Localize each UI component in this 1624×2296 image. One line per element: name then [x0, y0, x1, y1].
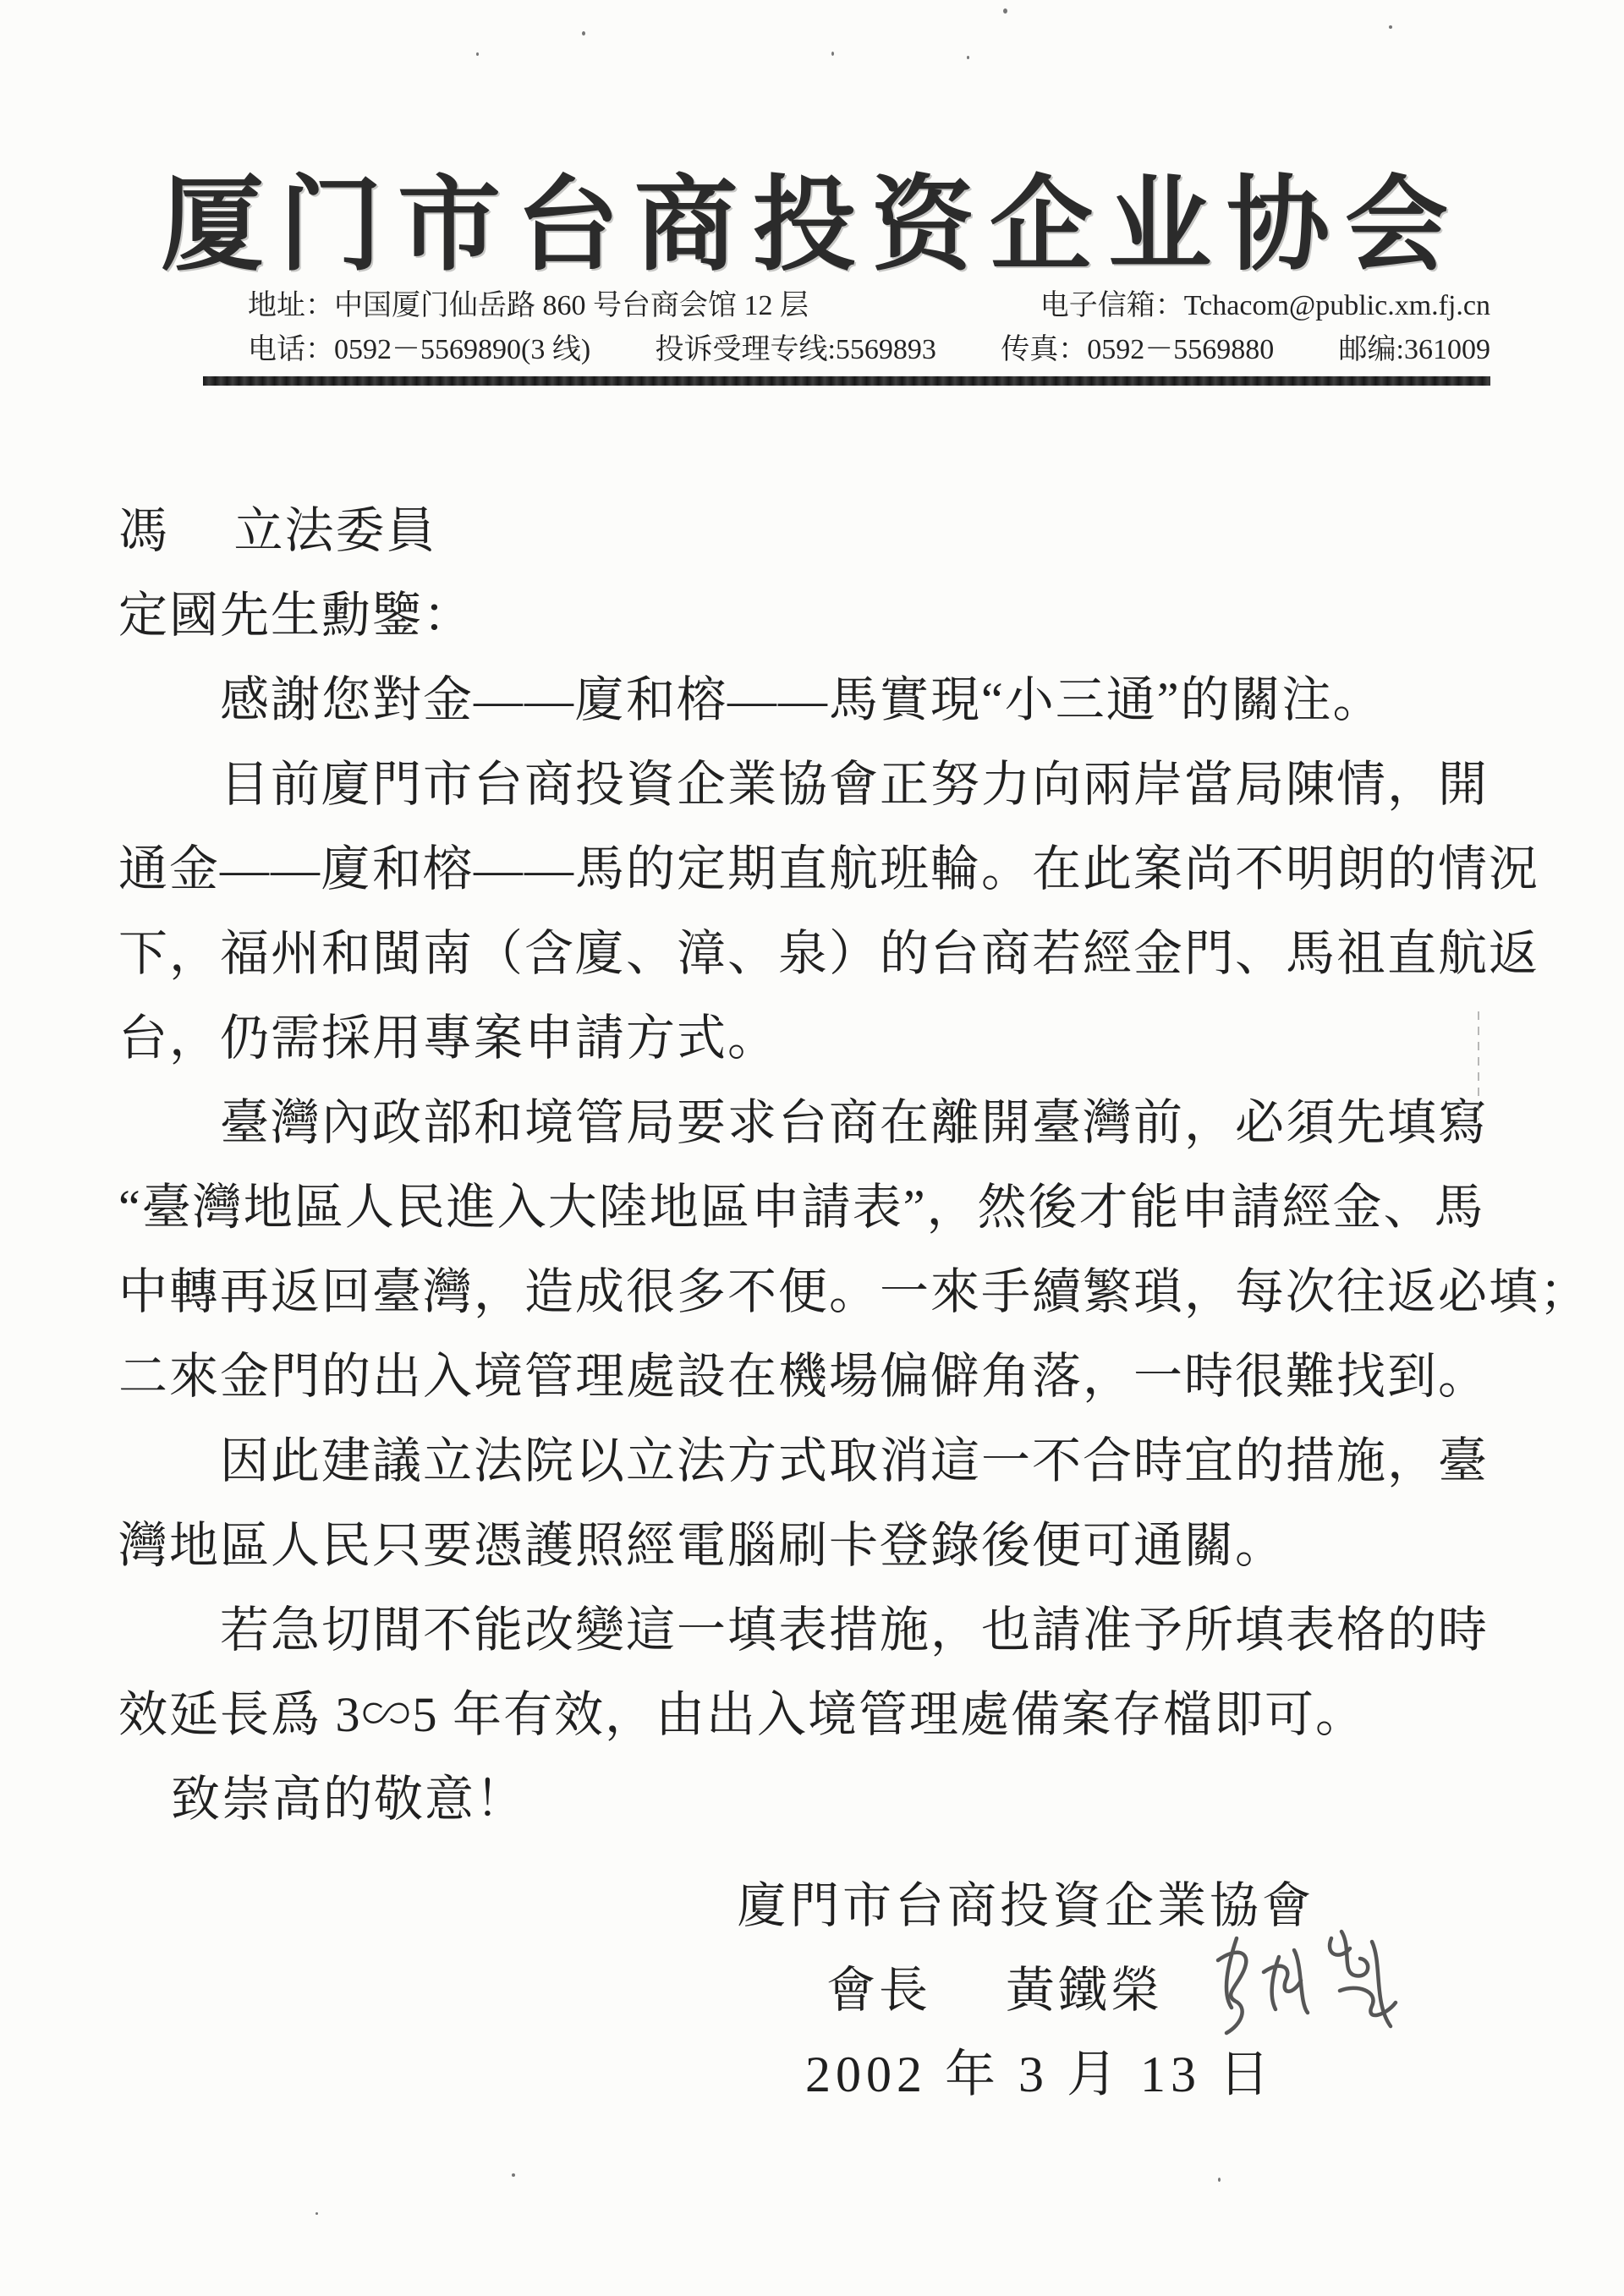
letter-line: “臺灣地區人民進入大陸地區申請表”，然後才能申請經金、馬	[118, 1165, 1548, 1250]
scan-speck	[1218, 2178, 1221, 2182]
addressee-line-1: 馮 立法委員	[118, 489, 1548, 573]
contact-email: 电子信箱：Tchacom@public.xm.fj.cn	[1040, 284, 1490, 328]
scan-speck	[967, 56, 969, 59]
letter-line: 二來金門的出入境管理處設在機場偏僻角落，一時很難找到。	[118, 1334, 1548, 1419]
closing-president-name: 黃鐵榮	[1006, 1963, 1163, 2018]
letter-line: 中轉再返回臺灣，造成很多不便。一來手續繁瑣，每次往返必填；	[118, 1250, 1548, 1334]
contact-hotline: 投诉受理专线:5569893	[655, 328, 935, 372]
letter-line: 致崇高的敬意！	[118, 1757, 1548, 1842]
letter-line: 下，福州和閩南（含廈、漳、泉）的台商若經金門、馬祖直航返	[118, 912, 1548, 996]
scan-speck	[512, 2173, 515, 2177]
letter-line: 目前廈門市台商投資企業協會正努力向兩岸當局陳情，開	[118, 743, 1548, 827]
letter-body: 馮 立法委員 定國先生勳鑒： 感謝您對金——廈和榕——馬實現“小三通”的關注。 …	[118, 489, 1548, 1842]
scan-speck	[831, 52, 834, 56]
letterhead-contact-block: 地址：中国厦门仙岳路 860 号台商会馆 12 层 电子信箱：Tchacom@p…	[248, 284, 1490, 372]
letter-line: 台，仍需採用專案申請方式。	[118, 996, 1548, 1081]
contact-row-1: 地址：中国厦门仙岳路 860 号台商会馆 12 层 电子信箱：Tchacom@p…	[248, 284, 1490, 328]
letter-line: 通金——廈和榕——馬的定期直航班輪。在此案尚不明朗的情況	[118, 827, 1548, 912]
scan-speck	[582, 31, 585, 36]
scan-vertical-artifact	[1478, 1011, 1479, 1120]
scan-speck	[315, 2212, 318, 2215]
scan-speck	[1389, 25, 1392, 29]
letterhead-org-title: 厦门市台商投资企业协会	[0, 142, 1624, 290]
letter-line: 臺灣內政部和境管局要求台商在離開臺灣前，必須先填寫	[118, 1081, 1548, 1165]
contact-fax: 传真：0592－5569880	[1001, 328, 1274, 372]
letter-line: 效延長爲 3∽5 年有效，由出入境管理處備案存檔即可。	[118, 1673, 1548, 1757]
closing-role: 會長	[826, 1963, 931, 2018]
letter-line: 灣地區人民只要憑護照經電腦刷卡登錄後便可通關。	[118, 1504, 1548, 1588]
closing-role-line: 會長黃鐵榮	[826, 1950, 1163, 2021]
scan-speck	[476, 52, 479, 56]
scanned-letter-page: 厦门市台商投资企业协会 地址：中国厦门仙岳路 860 号台商会馆 12 层 电子…	[0, 0, 1624, 2296]
contact-address: 地址：中国厦门仙岳路 860 号台商会馆 12 层	[248, 284, 809, 328]
contact-row-2: 电话：0592－5569890(3 线) 投诉受理专线:5569893 传真：0…	[248, 328, 1490, 372]
addressee-line-2: 定國先生勳鑒：	[118, 573, 1548, 658]
contact-phone: 电话：0592－5569890(3 线)	[248, 328, 590, 372]
letter-line: 感謝您對金——廈和榕——馬實現“小三通”的關注。	[118, 658, 1548, 743]
scan-speck	[1003, 8, 1007, 14]
letter-line: 因此建議立法院以立法方式取消這一不合時宜的措施，臺	[118, 1419, 1548, 1504]
contact-postal-code: 邮编:361009	[1339, 328, 1490, 372]
letter-line: 若急切間不能改變這一填表措施，也請准予所填表格的時	[118, 1588, 1548, 1673]
letterhead-divider-rule	[203, 376, 1490, 386]
closing-date: 2002 年 3 月 13 日	[805, 2034, 1275, 2107]
